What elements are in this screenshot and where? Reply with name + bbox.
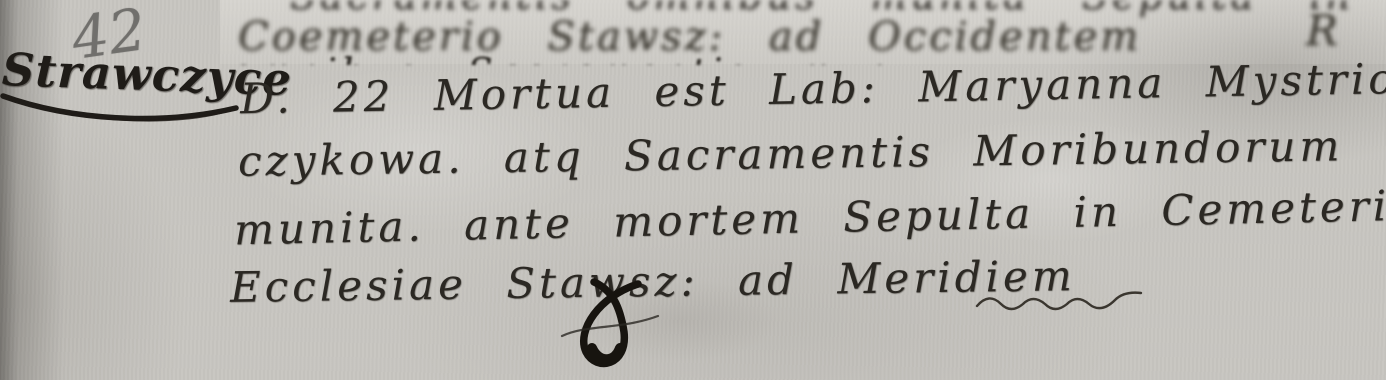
seam-letter-tops-text: omnibus Sacramentis munita bbox=[231, 52, 885, 65]
entry-line-3: munita. ante mortem Sepulta in Cemeterio bbox=[234, 181, 1386, 255]
entry-line-2: czykowa. atq Sacramentis Moribundorum bbox=[238, 121, 1344, 185]
previous-entry-trailing-mark: R bbox=[1306, 6, 1338, 55]
margin-underline-flourish bbox=[0, 90, 252, 130]
seam-letter-tops: omnibus Sacramentis munita bbox=[225, 52, 885, 65]
register-page-scan: Sacramentis omnibus munita Sepulta in Co… bbox=[0, 0, 1386, 380]
entry-end-flourish bbox=[975, 286, 1150, 322]
ink-loop-descender bbox=[558, 278, 683, 378]
